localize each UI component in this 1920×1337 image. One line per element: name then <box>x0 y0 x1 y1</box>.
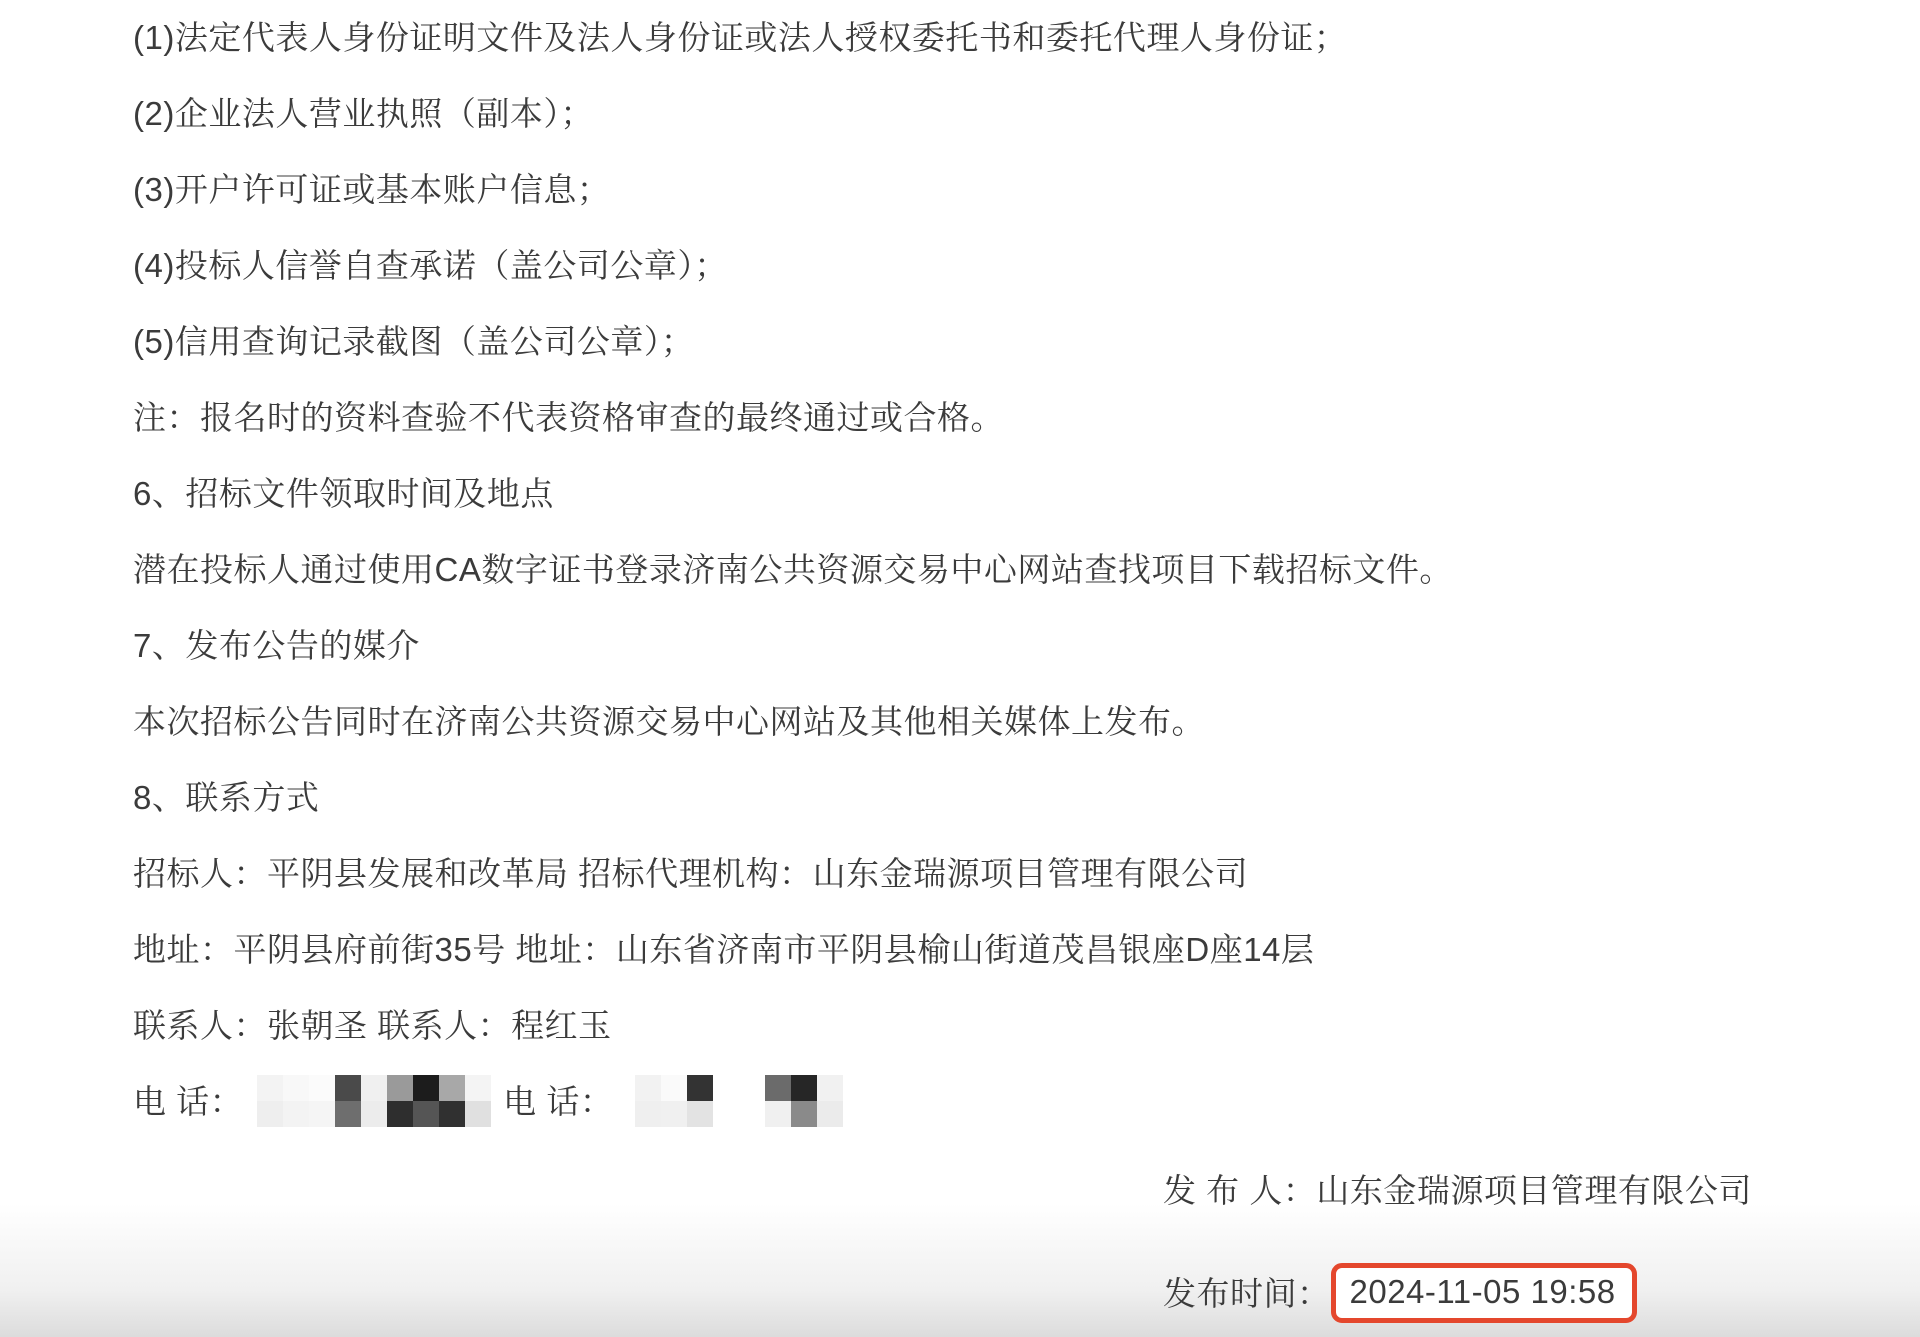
redacted-phone-number-right <box>635 1075 843 1127</box>
section-8-heading: 8、联系方式 <box>133 760 1920 836</box>
note-line: 注：报名时的资料查验不代表资格审查的最终通过或合格。 <box>133 380 1920 456</box>
section-6-body: 潜在投标人通过使用CA数字证书登录济南公共资源交易中心网站查找项目下载招标文件。 <box>133 532 1920 608</box>
announcement-document: (1)法定代表人身份证明文件及法人身份证或法人授权委托书和委托代理人身份证； (… <box>0 0 1920 1140</box>
publish-time-value: 2024-11-05 19:58 <box>1350 1273 1616 1310</box>
phone-label-right: 电 话： <box>503 1083 613 1120</box>
contact-parties-line: 招标人：平阴县发展和改革局 招标代理机构：山东金瑞源项目管理有限公司 <box>133 836 1920 912</box>
redacted-phone-number-left <box>257 1075 491 1127</box>
publish-time-highlight-box: 2024-11-05 19:58 <box>1331 1263 1637 1323</box>
contact-address-line: 地址：平阴县府前街35号 地址：山东省济南市平阴县榆山街道茂昌银座D座14层 <box>133 912 1920 988</box>
required-doc-item-5: (5)信用查询记录截图（盖公司公章）； <box>133 304 1920 380</box>
publisher-line: 发 布 人：山东金瑞源项目管理有限公司 <box>1163 1153 1920 1229</box>
publish-time-label: 发布时间： <box>1163 1275 1331 1312</box>
required-doc-item-4: (4)投标人信誉自查承诺（盖公司公章）； <box>133 228 1920 304</box>
publication-info: 发 布 人：山东金瑞源项目管理有限公司 发布时间：2024-11-05 19:5… <box>1163 1153 1920 1337</box>
publisher-label: 发 布 人： <box>1163 1172 1316 1209</box>
publish-time-line: 发布时间：2024-11-05 19:58 <box>1163 1256 1920 1337</box>
required-doc-item-1: (1)法定代表人身份证明文件及法人身份证或法人授权委托书和委托代理人身份证； <box>133 0 1920 76</box>
contact-person-line: 联系人：张朝圣 联系人：程红玉 <box>133 988 1920 1064</box>
section-6-heading: 6、招标文件领取时间及地点 <box>133 456 1920 532</box>
phone-label-left: 电 话： <box>133 1083 243 1120</box>
section-7-body: 本次招标公告同时在济南公共资源交易中心网站及其他相关媒体上发布。 <box>133 684 1920 760</box>
required-doc-item-3: (3)开户许可证或基本账户信息； <box>133 152 1920 228</box>
publisher-value: 山东金瑞源项目管理有限公司 <box>1316 1172 1752 1209</box>
phone-row: 电 话：电 话： <box>133 1064 1920 1140</box>
required-doc-item-2: (2)企业法人营业执照（副本）； <box>133 76 1920 152</box>
section-7-heading: 7、发布公告的媒介 <box>133 608 1920 684</box>
